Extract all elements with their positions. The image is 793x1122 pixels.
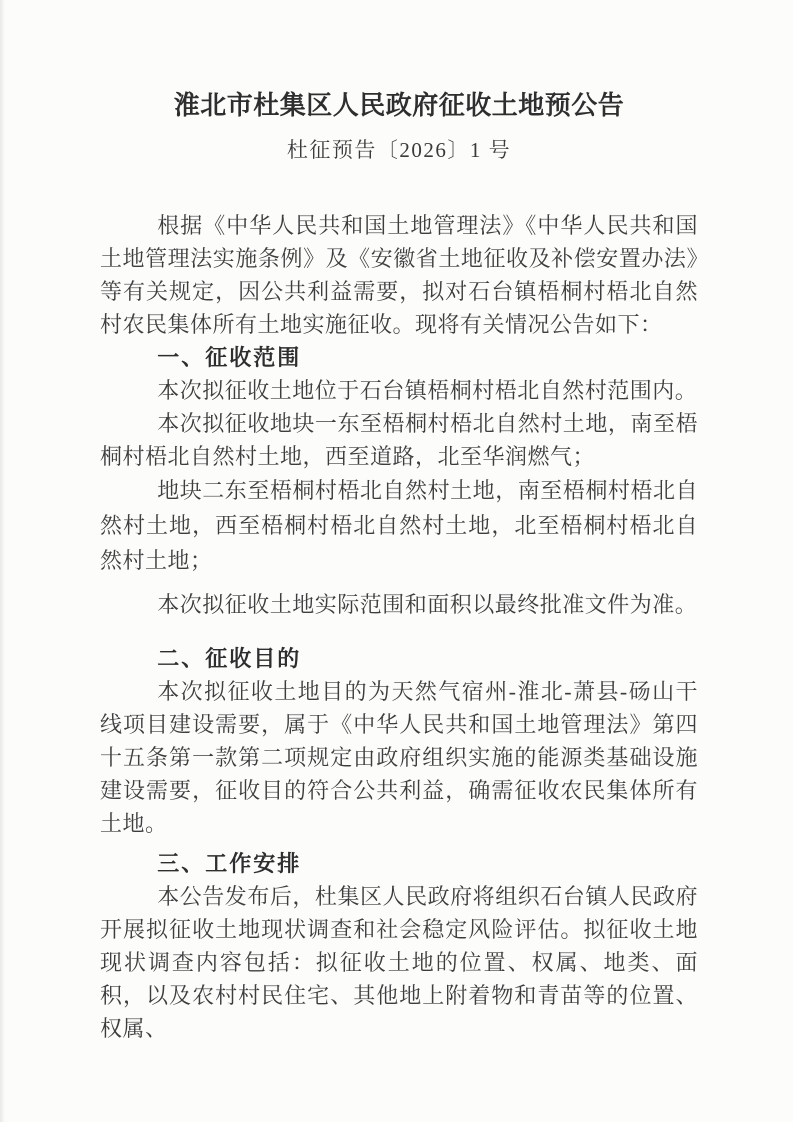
paragraph-legal-basis: 根据《中华人民共和国土地管理法》《中华人民共和国土地管理法实施条例》及《安徽省土… — [100, 209, 698, 341]
document-page: 淮北市杜集区人民政府征收土地预公告 杜征预告〔2026〕1 号 根据《中华人民共… — [0, 0, 793, 1122]
document-title: 淮北市杜集区人民政府征收土地预公告 — [100, 88, 698, 122]
paragraph-scope-location: 本次拟征收土地位于石台镇梧桐村梧北自然村范围内。 — [100, 374, 698, 407]
paragraph-final-approval-note: 本次拟征收土地实际范围和面积以最终批准文件为准。 — [100, 588, 698, 621]
section-heading-purpose: 二、征收目的 — [100, 642, 698, 675]
paragraph-parcel-one-boundaries: 本次拟征收地块一东至梧桐村梧北自然村土地，南至梧桐村梧北自然村土地，西至道路，北… — [100, 407, 698, 473]
scan-edge-shadow — [0, 0, 5, 1122]
section-heading-work-arrangement: 三、工作安排 — [100, 847, 698, 880]
document-body: 根据《中华人民共和国土地管理法》《中华人民共和国土地管理法实施条例》及《安徽省土… — [100, 209, 698, 1045]
section-heading-scope: 一、征收范围 — [100, 341, 698, 374]
paragraph-parcel-two-boundaries: 地块二东至梧桐村梧北自然村土地，南至梧桐村梧北自然村土地，西至梧桐村梧北自然村土… — [100, 473, 698, 578]
document-number: 杜征预告〔2026〕1 号 — [100, 135, 698, 165]
paragraph-work-arrangement-detail: 本公告发布后，杜集区人民政府将组织石台镇人民政府开展拟征收土地现状调查和社会稳定… — [100, 880, 698, 1045]
paragraph-purpose-detail: 本次拟征收土地目的为天然气宿州-淮北-萧县-砀山干线项目建设需要，属于《中华人民… — [100, 675, 698, 840]
